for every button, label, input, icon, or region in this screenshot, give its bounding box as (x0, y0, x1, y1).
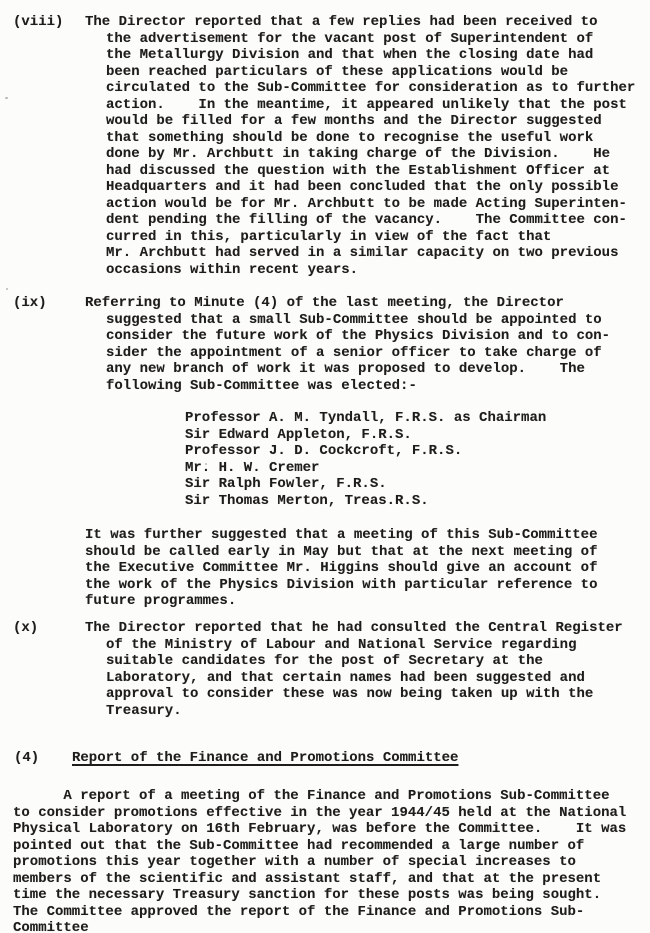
item-viii-body: The Director reported that a few replies… (106, 14, 635, 278)
document-page: (viii) The Director reported that a few … (0, 0, 650, 933)
item-x-body: The Director reported that he had consul… (106, 620, 623, 719)
scan-speck (6, 288, 8, 290)
scan-speck (5, 97, 8, 99)
section-4-label: (4) (14, 750, 39, 767)
subcommittee-member-list: Professor A. M. Tyndall, F.R.S. as Chair… (185, 410, 546, 509)
item-ix-label: (ix) (13, 295, 47, 312)
item-x-label: (x) (13, 620, 38, 637)
section-4-paragraph: A report of a meeting of the Finance and… (13, 788, 626, 933)
item-ix-body: Referring to Minute (4) of the last meet… (106, 295, 610, 394)
item-viii-label: (viii) (13, 14, 63, 31)
item-ix-followup-paragraph: It was further suggested that a meeting … (85, 527, 597, 610)
scan-speck (205, 463, 207, 465)
section-4-heading: Report of the Finance and Promotions Com… (72, 750, 458, 767)
